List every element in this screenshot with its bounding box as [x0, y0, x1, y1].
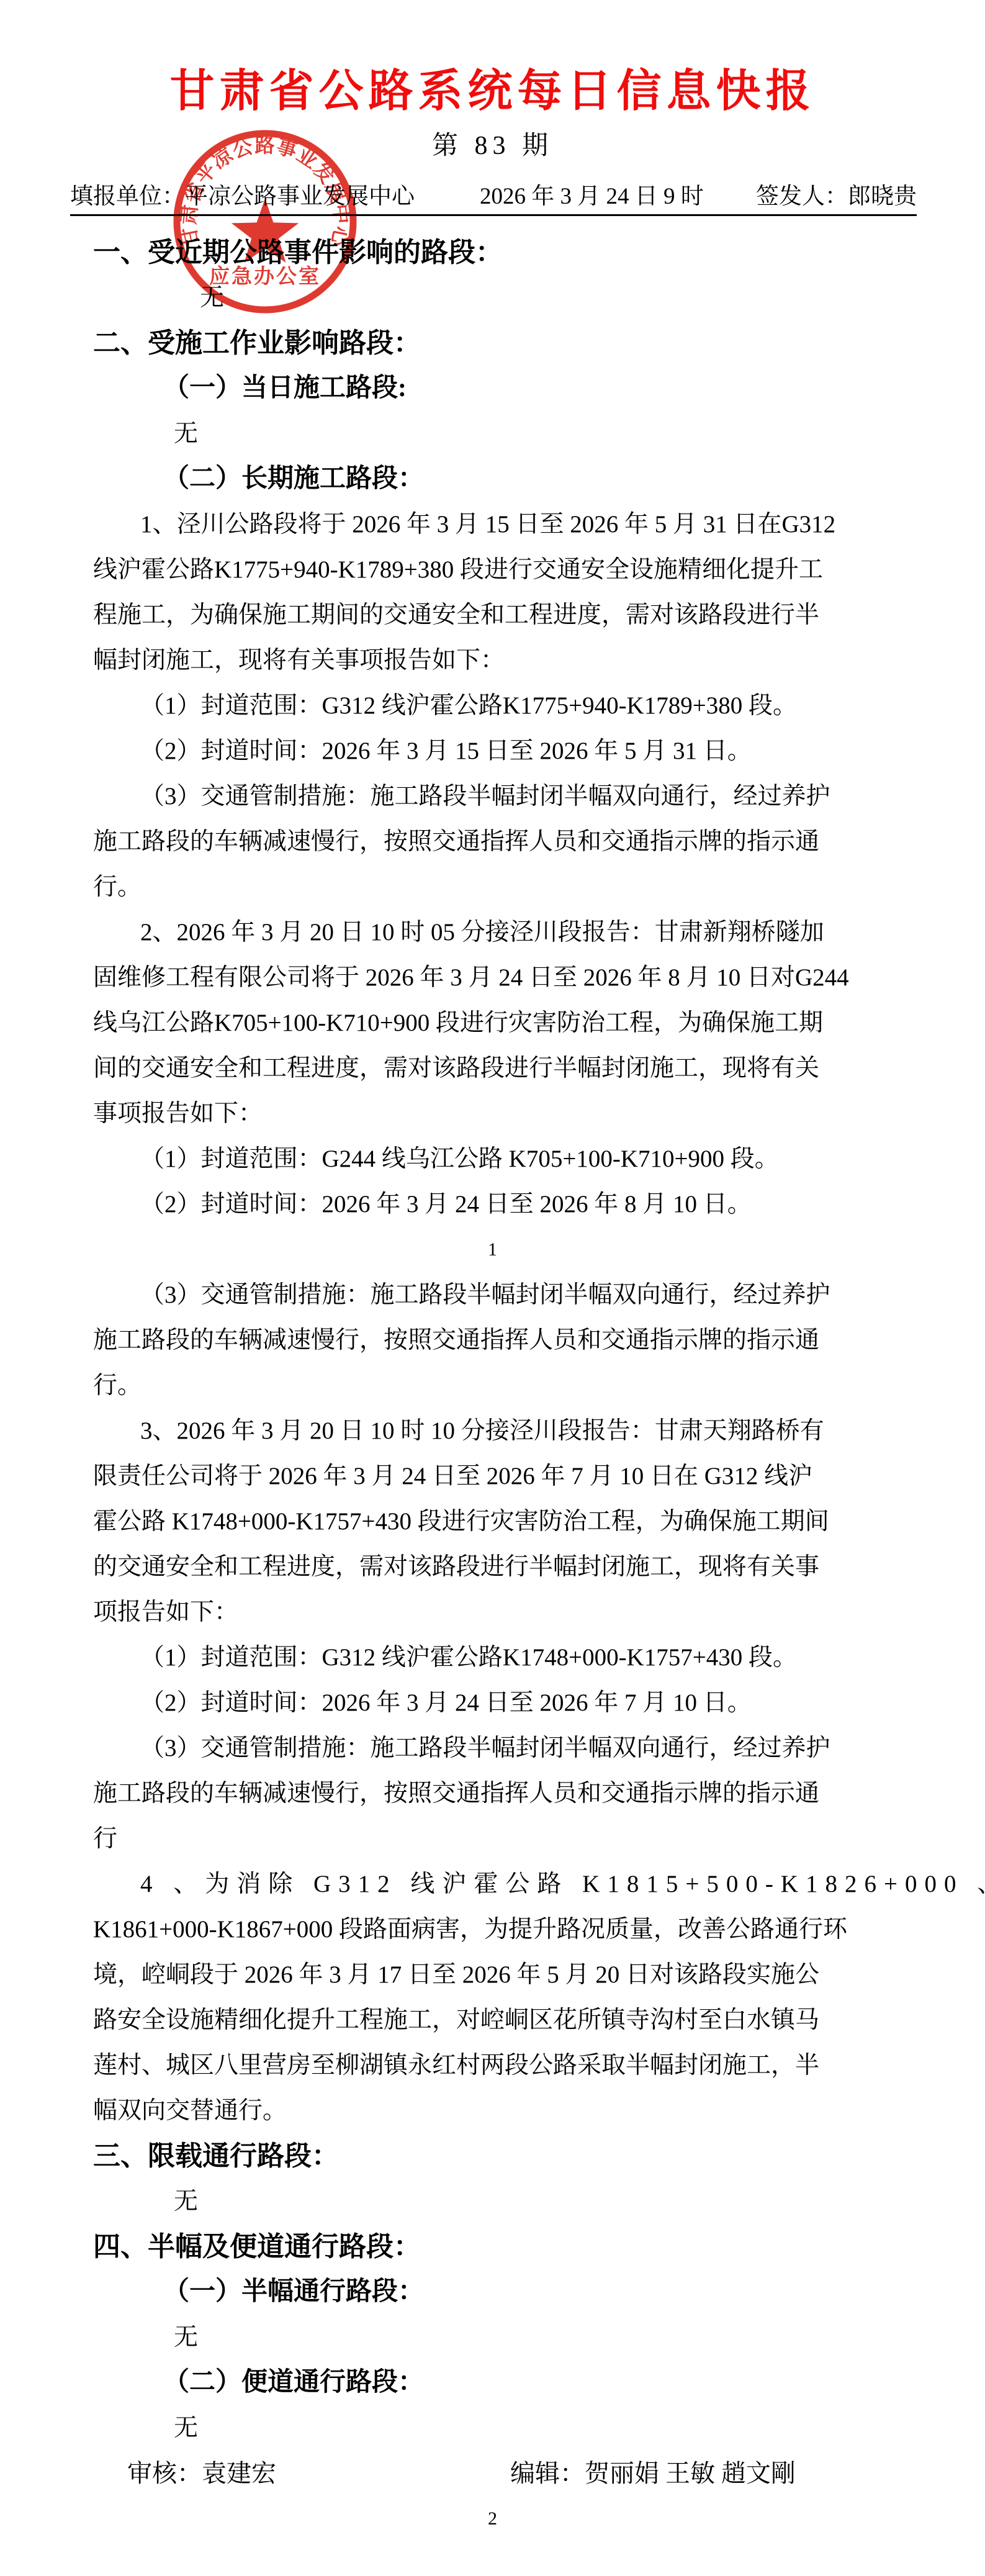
doc-line: 境，崆峒段于 2026 年 3 月 17 日至 2026 年 5 月 20 日对… — [93, 1952, 892, 1997]
doc-line: （二）长期施工路段： — [93, 456, 892, 502]
doc-line: 行。 — [93, 864, 892, 910]
doc-line: 无 — [93, 2179, 892, 2224]
doc-line: 3、2026 年 3 月 20 日 10 时 10 分接泾川段报告：甘肃天翔路桥… — [93, 1408, 892, 1453]
doc-line: 1、泾川公路段将于 2026 年 3 月 15 日至 2026 年 5 月 31… — [93, 502, 892, 547]
doc-line: 四、半幅及便道通行路段： — [93, 2224, 892, 2269]
signoff-editors: 编辑：贺丽娟 王敏 趙文剛 — [510, 2451, 796, 2496]
doc-line: 项报告如下： — [93, 1589, 892, 1635]
doc-line: 线乌江公路K705+100-K710+900 段进行灾害防治工程，为确保施工期 — [93, 1000, 892, 1046]
doc-line: 施工路段的车辆减速慢行，按照交通指挥人员和交通指示牌的指示通 — [93, 1317, 892, 1363]
doc-line: （二）便道通行路段： — [93, 2360, 892, 2405]
doc-line: 无 — [93, 411, 892, 456]
doc-line: 无 — [93, 2405, 892, 2451]
doc-line: （1）封道范围：G312 线沪霍公路K1748+000-K1757+430 段。 — [93, 1635, 892, 1680]
doc-line: （3）交通管制措施：施工路段半幅封闭半幅双向通行，经过养护 — [93, 1272, 892, 1317]
doc-line: 霍公路 K1748+000-K1757+430 段进行灾害防治工程，为确保施工期… — [93, 1499, 892, 1544]
doc-line: 行。 — [93, 1363, 892, 1408]
signoff-reviewer: 审核：袁建宏 — [93, 2451, 276, 2496]
doc-line: （一）当日施工路段: — [93, 366, 892, 411]
doc-line: 路安全设施精细化提升工程施工，对崆峒区花所镇寺沟村至白水镇马 — [93, 1997, 892, 2043]
doc-line: （3）交通管制措施：施工路段半幅封闭半幅双向通行，经过养护 — [93, 1725, 892, 1771]
doc-line: （3）交通管制措施：施工路段半幅封闭半幅双向通行，经过养护 — [93, 774, 892, 819]
doc-line: （1）封道范围：G312 线沪霍公路K1775+940-K1789+380 段。 — [93, 683, 892, 728]
doc-line: 2、2026 年 3 月 20 日 10 时 05 分接泾川段报告：甘肃新翔桥隧… — [93, 910, 892, 955]
doc-line: （2）封道时间：2026 年 3 月 15 日至 2026 年 5 月 31 日… — [93, 728, 892, 774]
page-title: 甘肃省公路系统每日信息快报 — [0, 0, 985, 118]
doc-line: 固维修工程有限公司将于 2026 年 3 月 24 日至 2026 年 8 月 … — [93, 955, 892, 1000]
doc-line: 无 — [93, 275, 892, 320]
doc-line: 二、受施工作业影响路段： — [93, 320, 892, 366]
doc-line: 间的交通安全和工程进度，需对该路段进行半幅封闭施工，现将有关 — [93, 1046, 892, 1091]
page-number: 1 — [93, 1227, 892, 1272]
doc-line: 4 、为消除 G312 线沪霍公路 K1815+500-K1826+000 、 — [93, 1861, 892, 1907]
filing-unit: 填报单位：平凉公路事业发展中心 — [70, 177, 415, 210]
doc-line: （一）半幅通行路段： — [93, 2269, 892, 2315]
doc-line: K1861+000-K1867+000 段路面病害，为提升路况质量，改善公路通行… — [93, 1907, 892, 1952]
filing-datetime: 2026 年 3 月 24 日 9 时 — [480, 177, 704, 210]
doc-line: 事项报告如下： — [93, 1091, 892, 1136]
doc-line: （1）封道范围：G244 线乌江公路 K705+100-K710+900 段。 — [93, 1136, 892, 1182]
document-lines: 一、受近期公路事件影响的路段：无二、受施工作业影响路段：（一）当日施工路段:无（… — [0, 216, 985, 2541]
bulletin-page: 甘肃省公路系统每日信息快报 第 83 期 填报单位：平凉公路事业发展中心 202… — [0, 0, 985, 2576]
doc-line: 限责任公司将于 2026 年 3 月 24 日至 2026 年 7 月 10 日… — [93, 1453, 892, 1499]
doc-line: 程施工，为确保施工期间的交通安全和工程进度，需对该路段进行半 — [93, 592, 892, 638]
signoff-row: 审核：袁建宏编辑：贺丽娟 王敏 趙文剛 — [93, 2451, 892, 2496]
doc-line: 一、受近期公路事件影响的路段： — [93, 230, 892, 275]
page-number: 2 — [93, 2496, 892, 2541]
doc-line: 无 — [93, 2315, 892, 2360]
doc-line: 莲村、城区八里营房至柳湖镇永红村两段公路采取半幅封闭施工，半 — [93, 2043, 892, 2088]
doc-line: （2）封道时间：2026 年 3 月 24 日至 2026 年 8 月 10 日… — [93, 1182, 892, 1227]
doc-line: 行 — [93, 1816, 892, 1861]
doc-line: （2）封道时间：2026 年 3 月 24 日至 2026 年 7 月 10 日… — [93, 1680, 892, 1725]
signer: 签发人：郎晓贵 — [756, 177, 917, 210]
doc-line: 三、限载通行路段： — [93, 2133, 892, 2179]
doc-line: 幅封闭施工，现将有关事项报告如下： — [93, 638, 892, 683]
doc-line: 幅双向交替通行。 — [93, 2088, 892, 2133]
doc-line: 的交通安全和工程进度，需对该路段进行半幅封闭施工，现将有关事 — [93, 1544, 892, 1589]
meta-row: 填报单位：平凉公路事业发展中心 2026 年 3 月 24 日 9 时 签发人：… — [70, 177, 917, 216]
doc-line: 施工路段的车辆减速慢行，按照交通指挥人员和交通指示牌的指示通 — [93, 1771, 892, 1816]
issue-number: 第 83 期 — [0, 132, 985, 160]
doc-line: 施工路段的车辆减速慢行，按照交通指挥人员和交通指示牌的指示通 — [93, 819, 892, 864]
doc-line: 线沪霍公路K1775+940-K1789+380 段进行交通安全设施精细化提升工 — [93, 547, 892, 592]
